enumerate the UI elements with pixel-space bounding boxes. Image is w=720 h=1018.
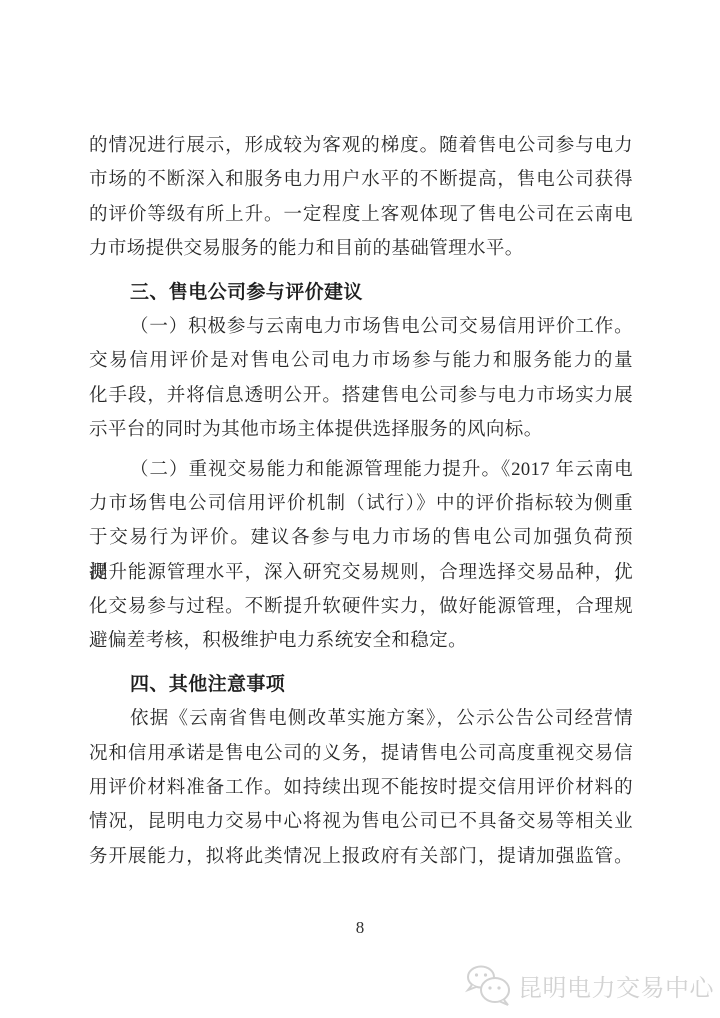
document-page: 的情况进行展示，形成较为客观的梯度。随着售电公司参与电力市场的不断深入和服务电力…: [0, 0, 720, 1018]
document-line: 的情况进行展示，形成较为客观的梯度。随着售电公司参与电力: [89, 129, 633, 163]
document-line: 依据《云南省售电侧改革实施方案》，公示公告公司经营情: [89, 702, 633, 736]
paragraph: 依据《云南省售电侧改革实施方案》，公示公告公司经营情况和信用承诺是售电公司的义务…: [89, 702, 633, 874]
document-body: 的情况进行展示，形成较为客观的梯度。随着售电公司参与电力市场的不断深入和服务电力…: [89, 129, 633, 874]
document-line: （二）重视交易能力和能源管理能力提升。《2017 年云南电: [89, 453, 633, 487]
document-line: 化手段，并将信息透明公开。搭建售电公司参与电力市场实力展: [89, 379, 633, 413]
watermark-label: 昆明电力交易中心: [518, 968, 714, 1003]
document-line: 的评价等级有所上升。一定程度上客观体现了售电公司在云南电: [89, 198, 633, 232]
document-line: 提升能源管理水平，深入研究交易规则，合理选择交易品种，优: [89, 556, 633, 590]
document-line: 情况，昆明电力交易中心将视为售电公司已不具备交易等相关业: [89, 805, 633, 839]
paragraph: （一）积极参与云南电力市场售电公司交易信用评价工作。交易信用评价是对售电公司电力…: [89, 310, 633, 448]
section-heading: 四、其他注意事项: [89, 668, 633, 702]
document-line: 化交易参与过程。不断提升软硬件实力，做好能源管理，合理规: [89, 590, 633, 624]
document-line: 市场的不断深入和服务电力用户水平的不断提高，售电公司获得: [89, 163, 633, 197]
paragraph: （二）重视交易能力和能源管理能力提升。《2017 年云南电力市场售电公司信用评价…: [89, 453, 633, 659]
document-line: 交易信用评价是对售电公司电力市场参与能力和服务能力的量: [89, 344, 633, 378]
document-line: 示平台的同时为其他市场主体提供选择服务的风向标。: [89, 413, 633, 447]
page-number: 8: [0, 918, 720, 938]
watermark: 昆明电力交易中心: [464, 962, 714, 1008]
document-line: 于交易行为评价。建议各参与电力市场的售电公司加强负荷预测，: [89, 521, 633, 555]
document-line: 四、其他注意事项: [89, 668, 633, 702]
wechat-icon: [464, 962, 512, 1008]
document-line: 用评价材料准备工作。如持续出现不能按时提交信用评价材料的: [89, 771, 633, 805]
document-line: 三、售电公司参与评价建议: [89, 276, 633, 310]
document-line: 避偏差考核，积极维护电力系统安全和稳定。: [89, 624, 633, 658]
document-line: 务开展能力，拟将此类情况上报政府有关部门，提请加强监管。: [89, 840, 633, 874]
document-line: 况和信用承诺是售电公司的义务，提请售电公司高度重视交易信: [89, 737, 633, 771]
paragraph: 的情况进行展示，形成较为客观的梯度。随着售电公司参与电力市场的不断深入和服务电力…: [89, 129, 633, 267]
section-heading: 三、售电公司参与评价建议: [89, 276, 633, 310]
document-line: 力市场售电公司信用评价机制（试行）》中的评价指标较为侧重: [89, 487, 633, 521]
document-line: 力市场提供交易服务的能力和目前的基础管理水平。: [89, 232, 633, 266]
document-line: （一）积极参与云南电力市场售电公司交易信用评价工作。: [89, 310, 633, 344]
